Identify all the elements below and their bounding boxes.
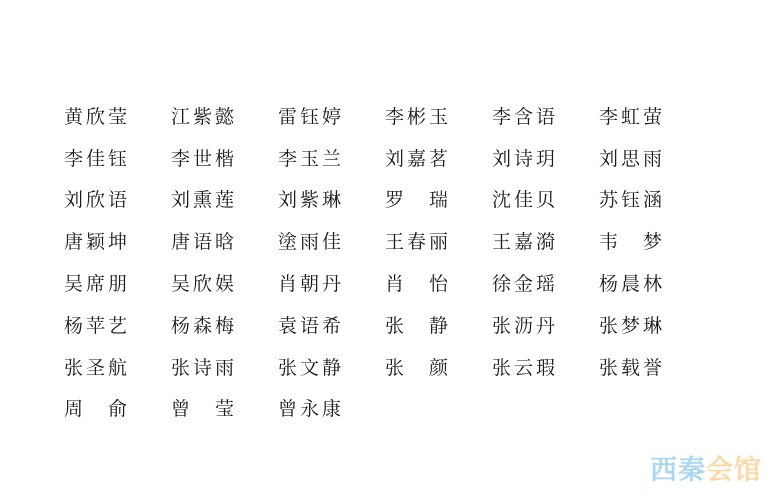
name-item: 肖怡 — [385, 272, 449, 296]
name-item: 张静 — [385, 314, 449, 338]
name-item: 杨森梅 — [171, 314, 235, 338]
watermark-part-2: 会馆 — [706, 455, 762, 486]
watermark-part-1: 西秦 — [650, 455, 706, 486]
name-item: 张颜 — [385, 356, 449, 380]
name-item: 苏钰涵 — [599, 188, 663, 212]
name-item: 王春丽 — [385, 230, 449, 254]
name-item: 雷钰婷 — [278, 105, 342, 129]
name-item: 沈佳贝 — [492, 188, 556, 212]
name-item: 刘熏莲 — [171, 188, 235, 212]
name-item: 李彬玉 — [385, 105, 449, 129]
name-item: 刘嘉茗 — [385, 147, 449, 171]
name-item: 袁语希 — [278, 314, 342, 338]
name-item: 徐金瑶 — [492, 272, 556, 296]
name-item: 王嘉漪 — [492, 230, 556, 254]
name-item: 刘思雨 — [599, 147, 663, 171]
name-item: 周俞 — [64, 397, 128, 421]
name-item: 李虹萤 — [599, 105, 663, 129]
name-item: 李佳钰 — [64, 147, 128, 171]
name-item: 杨晨林 — [599, 272, 663, 296]
name-item: 曾莹 — [171, 397, 235, 421]
name-item: 江紫懿 — [171, 105, 235, 129]
name-item: 塗雨佳 — [278, 230, 342, 254]
watermark-logo: 西秦会馆 — [650, 455, 762, 487]
name-item: 张沥丹 — [492, 314, 556, 338]
name-item: 罗瑞 — [385, 188, 449, 212]
name-item: 李世楷 — [171, 147, 235, 171]
name-item: 曾永康 — [278, 397, 342, 421]
name-item: 张云瑕 — [492, 356, 556, 380]
name-item: 张文静 — [278, 356, 342, 380]
name-item: 杨苹艺 — [64, 314, 128, 338]
name-item: 刘诗玥 — [492, 147, 556, 171]
name-item: 韦梦 — [599, 230, 663, 254]
name-item: 唐语晗 — [171, 230, 235, 254]
name-item: 吴席朋 — [64, 272, 128, 296]
name-item: 张圣航 — [64, 356, 128, 380]
name-item: 张诗雨 — [171, 356, 235, 380]
name-item: 黄欣莹 — [64, 105, 128, 129]
name-item: 刘紫琳 — [278, 188, 342, 212]
name-item: 李含语 — [492, 105, 556, 129]
name-list: 黄欣莹 江紫懿 雷钰婷 李彬玉 李含语 李虹萤 李佳钰 李世楷 李玉兰 刘嘉茗 … — [64, 96, 706, 430]
name-item: 张梦琳 — [599, 314, 663, 338]
name-item: 吴欣娱 — [171, 272, 235, 296]
name-item: 张载誉 — [599, 356, 663, 380]
name-item: 肖朝丹 — [278, 272, 342, 296]
name-item: 刘欣语 — [64, 188, 128, 212]
name-item: 唐颖坤 — [64, 230, 128, 254]
name-item: 李玉兰 — [278, 147, 342, 171]
